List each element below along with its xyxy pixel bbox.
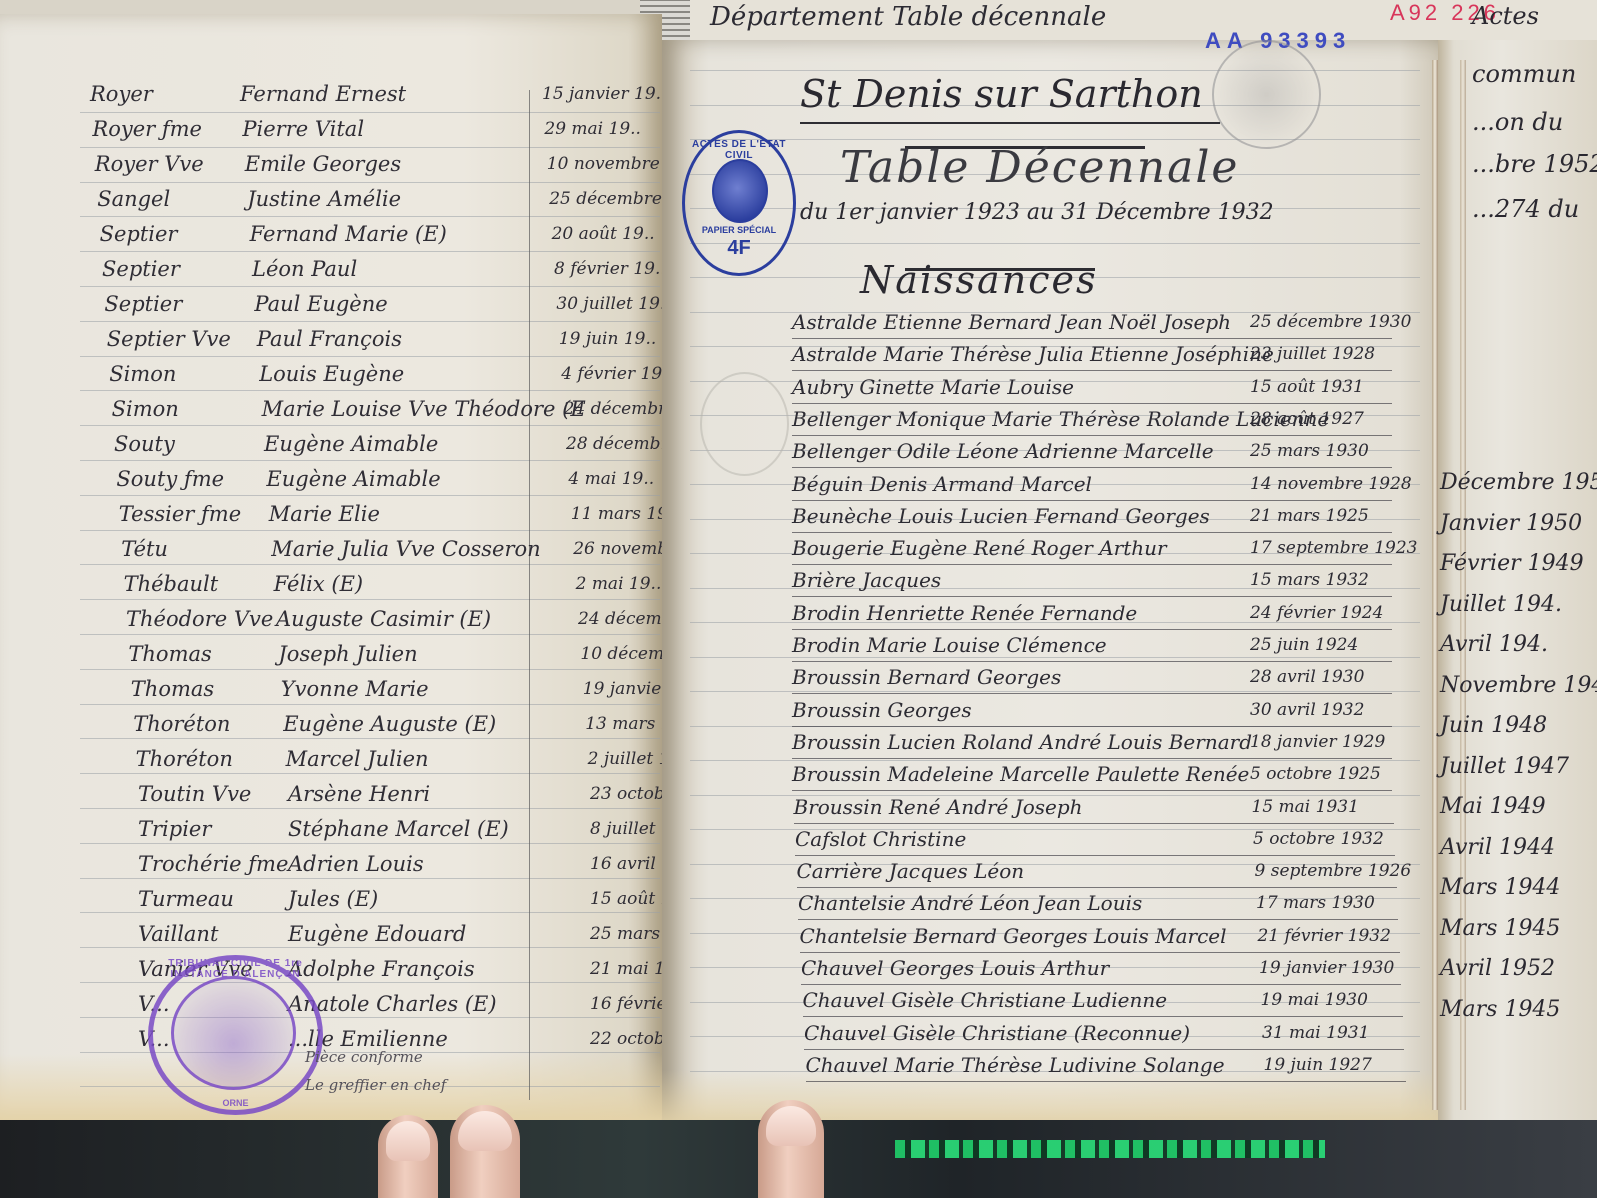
background-date-fragment: Mai 1949 xyxy=(1440,794,1546,819)
fiscal-stamp-label: PAPIER SPÉCIAL xyxy=(685,225,793,235)
entry-underline xyxy=(792,693,1392,694)
entry-underline xyxy=(792,403,1392,404)
table-row: VaillantEugène Edouard25 mars 19.. xyxy=(138,922,698,956)
closing-note-greffier: Le greffier en chef xyxy=(305,1076,446,1094)
table-row: Tessier ƒmeMarie Elie11 mars 19.. xyxy=(119,502,679,536)
entry-surname: Turmeau xyxy=(138,887,234,911)
table-row: SangelJustine Amélie25 décembre 19.. xyxy=(97,187,657,221)
period-title: du 1er janvier 1923 au 31 Décembre 1932 xyxy=(800,200,1274,225)
entry-surname: Royer ƒme xyxy=(92,117,202,141)
entry-given-names: Paul Eugène xyxy=(254,292,387,316)
entry-date: 4 février 19.. xyxy=(561,364,673,384)
table-row: Bellenger Odile Léone Adrienne Marcelle2… xyxy=(792,439,1412,475)
tribunal-stamp-emblem-icon xyxy=(171,976,296,1090)
entry-name: Bellenger Monique Marie Thérèse Rolande … xyxy=(792,407,1329,431)
entry-underline xyxy=(792,629,1392,630)
entry-underline xyxy=(792,532,1392,533)
entry-name: Cafslot Christine xyxy=(795,827,966,851)
table-row: Chauvel Georges Louis Arthur19 janvier 1… xyxy=(801,956,1421,992)
entry-given-names: Marcel Julien xyxy=(286,747,429,771)
table-row: SeptierFernand Marie (E)20 août 19.. xyxy=(100,222,660,256)
entry-given-names: Emile Georges xyxy=(245,152,401,176)
entry-given-names: Yvonne Marie xyxy=(281,677,429,701)
entry-date: 20 août 19.. xyxy=(552,224,655,244)
table-row: Chantelsie André Léon Jean Louis17 mars … xyxy=(798,891,1418,927)
entry-name: Chauvel Gisèle Christiane Ludienne xyxy=(803,988,1168,1012)
table-row: Astralde Marie Thérèse Julia Etienne Jos… xyxy=(792,342,1412,378)
table-row: SoutyEugène Aimable28 décembre 19.. xyxy=(114,432,674,466)
fiscal-stamp-arc-text: ACTES DE L'ÉTAT CIVIL xyxy=(685,139,793,161)
entry-given-names: Fernand Marie (E) xyxy=(250,222,447,246)
entry-underline xyxy=(792,596,1392,597)
entry-date: 14 novembre 1928 xyxy=(1250,474,1412,494)
entry-name: Brière Jacques xyxy=(792,568,941,592)
table-row: Broussin Georges30 avril 1932 xyxy=(792,698,1412,734)
entry-name: Brodin Henriette Renée Fernande xyxy=(792,601,1137,625)
table-row: Beunèche Louis Lucien Fernand Georges21 … xyxy=(792,504,1412,540)
entry-name: Aubry Ginette Marie Louise xyxy=(792,375,1074,399)
entry-underline xyxy=(792,500,1392,501)
entry-given-names: Louis Eugène xyxy=(259,362,404,386)
entry-date: 29 mai 19.. xyxy=(544,119,641,139)
table-row: Bellenger Monique Marie Thérèse Rolande … xyxy=(792,407,1412,443)
entry-surname: Thébault xyxy=(124,572,219,596)
entry-underline xyxy=(792,467,1392,468)
entry-surname: Tripier xyxy=(138,817,211,841)
entry-given-names: Justine Amélie xyxy=(247,187,401,211)
background-date-fragment: Avril 194. xyxy=(1440,632,1548,657)
entry-date: 5 octobre 1925 xyxy=(1250,764,1381,784)
entry-name: Chauvel Georges Louis Arthur xyxy=(801,956,1109,980)
entry-underline xyxy=(803,1016,1403,1017)
background-date-fragment: Avril 1944 xyxy=(1440,835,1555,860)
section-title: Naissances xyxy=(860,258,1097,302)
background-sheet-title: Département Table décennale xyxy=(710,2,1106,32)
background-text-fragment: ...on du xyxy=(1472,108,1563,136)
entry-given-names: Marie Julia Vve Cosseron xyxy=(271,537,540,561)
entry-surname: Simon xyxy=(109,362,176,386)
entry-name: Chauvel Gisèle Christiane (Reconnue) xyxy=(804,1021,1190,1045)
entry-surname: Simon xyxy=(112,397,179,421)
entry-underline xyxy=(806,1081,1406,1082)
entry-name: Astralde Etienne Bernard Jean Noël Josep… xyxy=(792,310,1231,334)
entry-underline xyxy=(792,435,1392,436)
entry-surname: Thoréton xyxy=(136,747,233,771)
entry-name: Bougerie Eugène René Roger Arthur xyxy=(792,536,1167,560)
table-row: Bougerie Eugène René Roger Arthur17 sept… xyxy=(792,536,1412,572)
table-row: SeptierPaul Eugène30 juillet 19.. xyxy=(104,292,664,326)
entry-date: 2 mai 19.. xyxy=(576,574,662,594)
table-row: Cafslot Christine5 octobre 1932 xyxy=(795,827,1415,863)
table-row: ThomasYvonne Marie19 janvier 19.. xyxy=(131,677,691,711)
entry-name: Broussin René André Joseph xyxy=(794,795,1083,819)
entry-date: 17 septembre 1923 xyxy=(1250,538,1417,558)
background-date-fragment: Juin 1948 xyxy=(1440,713,1547,738)
table-row: Carrière Jacques Léon9 septembre 1926 xyxy=(797,859,1417,895)
entry-underline xyxy=(800,952,1400,953)
entry-date: 19 juin 19.. xyxy=(559,329,656,349)
entry-date: 4 mai 19.. xyxy=(568,469,654,489)
entry-underline xyxy=(795,855,1395,856)
closing-note-conforme: Pièce conforme xyxy=(305,1048,423,1066)
entry-name: Béguin Denis Armand Marcel xyxy=(792,472,1092,496)
table-row: Brodin Marie Louise Clémence25 juin 1924 xyxy=(792,633,1412,669)
entry-date: 19 janvier 1930 xyxy=(1259,958,1394,978)
entry-surname: Septier xyxy=(102,257,180,281)
entry-surname: Royer Vve xyxy=(95,152,204,176)
table-row: ThébaultFélix (E)2 mai 19.. xyxy=(124,572,684,606)
table-row: Broussin Bernard Georges28 avril 1930 xyxy=(792,665,1412,701)
ruled-line xyxy=(690,139,1420,140)
table-row: Brière Jacques15 mars 1932 xyxy=(792,568,1412,604)
table-row: Chantelsie Bernard Georges Louis Marcel2… xyxy=(800,924,1420,960)
entry-date: 21 mars 1925 xyxy=(1250,506,1369,526)
entry-name: Bellenger Odile Léone Adrienne Marcelle xyxy=(792,439,1214,463)
entry-surname: Tétu xyxy=(121,537,168,561)
entry-date: 15 août 1931 xyxy=(1250,377,1364,397)
green-cloth xyxy=(895,1140,1325,1158)
background-date-fragment: Mars 1944 xyxy=(1440,875,1560,900)
tribunal-stamp: TRIBUNAL CIVIL DE 1re INSTANCE D'ALENÇON… xyxy=(148,955,323,1115)
table-row: Aubry Ginette Marie Louise15 août 1931 xyxy=(792,375,1412,411)
entry-name: Broussin Bernard Georges xyxy=(792,665,1061,689)
entry-given-names: Pierre Vital xyxy=(242,117,364,141)
entry-name: Chantelsie Bernard Georges Louis Marcel xyxy=(800,924,1227,948)
entry-underline xyxy=(804,1049,1404,1050)
background-text-fragment: commun xyxy=(1472,60,1576,88)
entry-date: 23 juillet 1928 xyxy=(1250,344,1375,364)
entry-underline xyxy=(801,984,1401,985)
entry-surname: Trochérie ƒme xyxy=(138,852,288,876)
entry-surname: Tessier ƒme xyxy=(119,502,241,526)
fiscal-stamp: ACTES DE L'ÉTAT CIVIL PAPIER SPÉCIAL 4F xyxy=(682,130,796,276)
entry-date: 9 septembre 1926 xyxy=(1255,861,1412,881)
entry-name: Chauvel Marie Thérèse Ludivine Solange xyxy=(806,1053,1225,1077)
entry-surname: Royer xyxy=(90,82,153,106)
entry-surname: Sangel xyxy=(97,187,170,211)
entry-underline xyxy=(792,564,1392,565)
entry-surname: Septier Vve xyxy=(107,327,231,351)
entry-given-names: Joseph Julien xyxy=(278,642,417,666)
table-row: TripierStéphane Marcel (E)8 juillet 19.. xyxy=(138,817,698,851)
entry-given-names: Jules (E) xyxy=(288,887,378,911)
entry-date: 25 mars 1930 xyxy=(1250,441,1369,461)
background-date-fragment: Avril 1952 xyxy=(1440,956,1555,981)
entry-surname: Septier xyxy=(100,222,178,246)
table-row: ThomasJoseph Julien10 décembre 19.. xyxy=(128,642,688,676)
entry-name: Brodin Marie Louise Clémence xyxy=(792,633,1107,657)
entry-name: Broussin Madeleine Marcelle Paulette Ren… xyxy=(792,762,1249,786)
entry-name: Broussin Georges xyxy=(792,698,972,722)
table-row: SeptierLéon Paul8 février 19.. xyxy=(102,257,662,291)
entry-date: 18 janvier 1929 xyxy=(1250,732,1385,752)
table-row: Royer ƒmePierre Vital29 mai 19.. xyxy=(92,117,652,151)
entry-given-names: Eugène Aimable xyxy=(264,432,438,456)
page-edge-strip xyxy=(1432,60,1438,1110)
finger-left-icon xyxy=(450,1105,520,1198)
table-row: Brodin Henriette Renée Fernande24 févrie… xyxy=(792,601,1412,637)
entry-name: Carrière Jacques Léon xyxy=(797,859,1025,883)
table-row: Broussin Lucien Roland André Louis Berna… xyxy=(792,730,1412,766)
entry-date: 15 mai 1931 xyxy=(1252,797,1359,817)
entry-date: 19 mai 1930 xyxy=(1261,990,1368,1010)
background-text-fragment: ...274 du xyxy=(1472,195,1579,223)
table-row: Septier VvePaul François19 juin 19.. xyxy=(107,327,667,361)
table-title: Table Décennale xyxy=(840,142,1239,193)
entry-date: 28 avril 1930 xyxy=(1250,667,1364,687)
table-row: Béguin Denis Armand Marcel14 novembre 19… xyxy=(792,472,1412,508)
entry-date: 19 juin 1927 xyxy=(1264,1055,1372,1075)
entry-surname: Septier xyxy=(104,292,182,316)
table-row: ThorétonMarcel Julien2 juillet 19.. xyxy=(136,747,696,781)
background-date-fragment: Mars 1945 xyxy=(1440,997,1560,1022)
entry-name: Chantelsie André Léon Jean Louis xyxy=(798,891,1142,915)
entry-given-names: Fernand Ernest xyxy=(240,82,406,106)
table-row: Broussin Madeleine Marcelle Paulette Ren… xyxy=(792,762,1412,798)
entry-given-names: Eugène Auguste (E) xyxy=(283,712,496,736)
background-date-fragment: Novembre 194. xyxy=(1440,673,1597,698)
table-row: SimonMarie Louise Vve Théodore (E24 déce… xyxy=(112,397,672,431)
entry-surname: Thomas xyxy=(128,642,211,666)
commune-underline xyxy=(800,122,1220,124)
entry-surname: Théodore Vve xyxy=(126,607,273,631)
commune-title: St Denis sur Sarthon xyxy=(800,72,1203,116)
entry-surname: Thomas xyxy=(131,677,214,701)
entry-given-names: Paul François xyxy=(257,327,402,351)
entry-given-names: Eugène Edouard xyxy=(288,922,466,946)
entry-date: 15 janvier 19.. xyxy=(542,84,666,104)
table-row: Chauvel Marie Thérèse Ludivine Solange19… xyxy=(806,1053,1426,1089)
entry-given-names: Auguste Casimir (E) xyxy=(276,607,491,631)
table-row: TétuMarie Julia Vve Cosseron26 novembre … xyxy=(121,537,681,571)
entry-given-names: Félix (E) xyxy=(274,572,364,596)
background-date-fragment: Juillet 194. xyxy=(1440,592,1562,617)
entry-underline xyxy=(792,370,1392,371)
table-row: Théodore VveAuguste Casimir (E)24 décemb… xyxy=(126,607,686,641)
entry-underline xyxy=(798,919,1398,920)
entry-date: 5 octobre 1932 xyxy=(1253,829,1384,849)
background-date-fragment: Décembre 195. xyxy=(1440,470,1597,495)
background-date-fragment: Janvier 1950 xyxy=(1440,511,1582,536)
entry-name: Beunèche Louis Lucien Fernand Georges xyxy=(792,504,1210,528)
ruled-line xyxy=(690,243,1420,244)
entry-date: 21 février 1932 xyxy=(1258,926,1391,946)
entry-given-names: Arsène Henri xyxy=(288,782,430,806)
entry-date: 30 juillet 19.. xyxy=(556,294,670,314)
background-text-fragment: ...bre 1952 xyxy=(1472,150,1597,178)
table-row: Toutin VveArsène Henri23 octobre 19.. xyxy=(138,782,698,816)
entry-underline xyxy=(792,661,1392,662)
entry-underline xyxy=(792,790,1392,791)
entry-date: 25 juin 1924 xyxy=(1250,635,1358,655)
table-row: Chauvel Gisèle Christiane Ludienne19 mai… xyxy=(803,988,1423,1024)
background-date-fragment: Février 1949 xyxy=(1440,551,1584,576)
entry-date: 17 mars 1930 xyxy=(1256,893,1375,913)
table-row: SimonLouis Eugène4 février 19.. xyxy=(109,362,669,396)
table-row: Astralde Etienne Bernard Jean Noël Josep… xyxy=(792,310,1412,346)
entry-date: 8 février 19.. xyxy=(554,259,666,279)
entry-surname: Thoréton xyxy=(133,712,230,736)
background-text-fragment: Actes xyxy=(1472,2,1539,30)
table-row: ThorétonEugène Auguste (E)13 mars 19.. xyxy=(133,712,693,746)
entry-given-names: Marie Elie xyxy=(269,502,380,526)
entry-surname: Souty xyxy=(114,432,175,456)
entry-underline xyxy=(797,887,1397,888)
marianne-profile-icon xyxy=(712,159,768,223)
table-row: Broussin René André Joseph15 mai 1931 xyxy=(794,795,1414,831)
entry-given-names: Adrien Louis xyxy=(288,852,424,876)
table-row: Chauvel Gisèle Christiane (Reconnue)31 m… xyxy=(804,1021,1424,1057)
table-row: Trochérie ƒmeAdrien Louis16 avril 19.. xyxy=(138,852,698,886)
fiscal-stamp-price: 4F xyxy=(685,237,793,260)
entry-given-names: Eugène Aimable xyxy=(266,467,440,491)
entry-date: 30 avril 1932 xyxy=(1250,700,1364,720)
thumb-right-icon xyxy=(758,1100,824,1198)
entry-name: Astralde Marie Thérèse Julia Etienne Jos… xyxy=(792,342,1274,366)
page-edge-strip xyxy=(1460,60,1466,1110)
embossed-seal-icon xyxy=(700,372,789,476)
photo-scene: Département Table décennale A92 226 Roye… xyxy=(0,0,1597,1198)
background-date-fragment: Juillet 1947 xyxy=(1440,754,1569,779)
table-row: Royer VveEmile Georges10 novembre 19.. xyxy=(95,152,655,186)
entry-name: Broussin Lucien Roland André Louis Berna… xyxy=(792,730,1252,754)
entry-surname: Vaillant xyxy=(138,922,218,946)
municipal-seal-icon xyxy=(1212,40,1321,149)
entry-underline xyxy=(794,823,1394,824)
entry-given-names: Stéphane Marcel (E) xyxy=(288,817,509,841)
entry-date: 24 février 1924 xyxy=(1250,603,1383,623)
background-date-fragment: Mars 1945 xyxy=(1440,916,1560,941)
entry-underline xyxy=(792,726,1392,727)
entry-surname: Toutin Vve xyxy=(138,782,251,806)
tribunal-stamp-bottom: ORNE xyxy=(153,1098,318,1108)
table-row: TurmeauJules (E)15 août 19.. xyxy=(138,887,698,921)
entry-surname: Souty ƒme xyxy=(116,467,224,491)
thumb-left-icon xyxy=(378,1115,438,1198)
table-row: Souty ƒmeEugène Aimable4 mai 19.. xyxy=(116,467,676,501)
entry-date: 28 août 1927 xyxy=(1250,409,1364,429)
entry-underline xyxy=(792,338,1392,339)
entry-given-names: Marie Louise Vve Théodore (E xyxy=(262,397,586,421)
entry-date: 31 mai 1931 xyxy=(1262,1023,1369,1043)
entry-given-names: Léon Paul xyxy=(252,257,357,281)
table-row: RoyerFernand Ernest15 janvier 19.. xyxy=(90,82,650,116)
entry-date: 15 mars 1932 xyxy=(1250,570,1369,590)
entry-underline xyxy=(792,758,1392,759)
entry-date: 25 décembre 1930 xyxy=(1250,312,1411,332)
